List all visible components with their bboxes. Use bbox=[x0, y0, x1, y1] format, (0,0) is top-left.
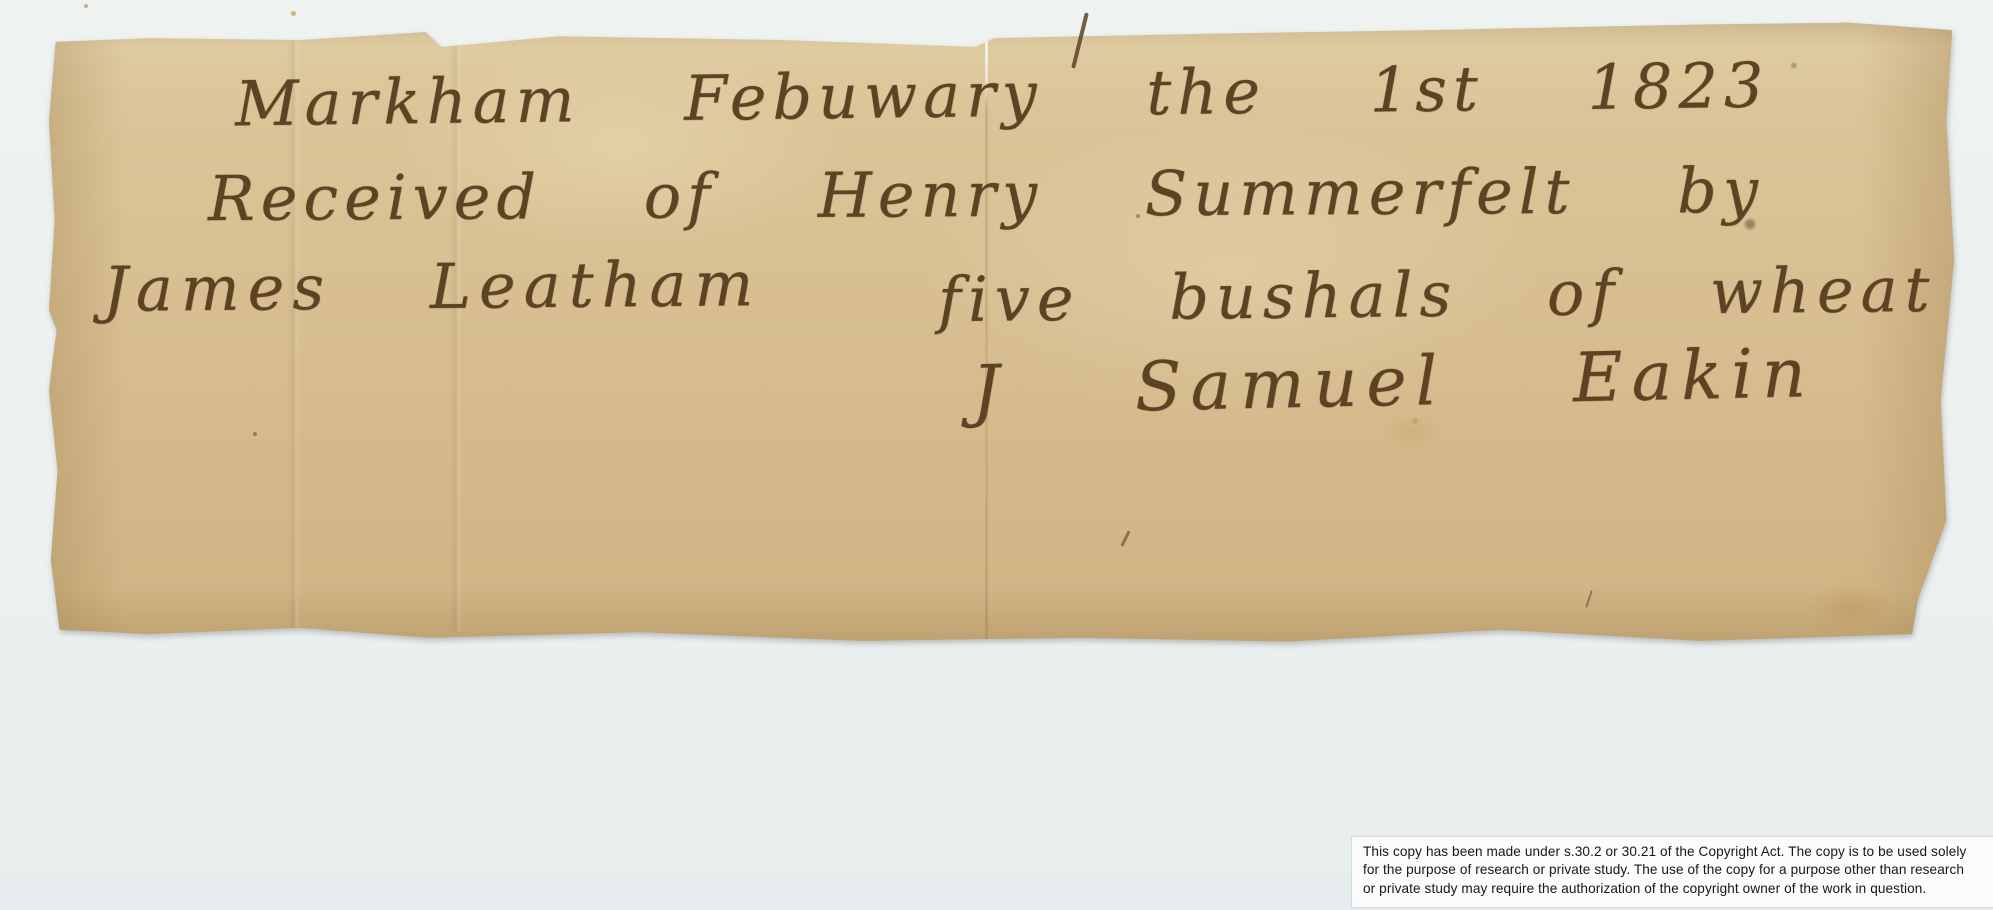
stain-spot bbox=[253, 432, 257, 436]
handwritten-line-goods: five bushals of wheat bbox=[938, 253, 1937, 336]
handwritten-line-names: James Leatham bbox=[103, 247, 762, 326]
copyright-notice: This copy has been made under s.30.2 or … bbox=[1352, 837, 1993, 907]
stain-spot bbox=[291, 11, 296, 16]
stain-spot bbox=[1412, 418, 1418, 424]
stain-spot bbox=[1136, 214, 1140, 218]
copyright-notice-line: for the purpose of research or private s… bbox=[1363, 861, 1987, 879]
copyright-notice-line: or private study may require the authori… bbox=[1363, 880, 1987, 898]
handwritten-line-received: Received of Henry Summerfelt by bbox=[208, 154, 1764, 235]
copyright-notice-line: This copy has been made under s.30.2 or … bbox=[1363, 843, 1987, 861]
scanned-receipt-image: Markham Febuwary the 1st 1823 Received o… bbox=[0, 0, 1993, 910]
stain-spot bbox=[84, 4, 88, 8]
